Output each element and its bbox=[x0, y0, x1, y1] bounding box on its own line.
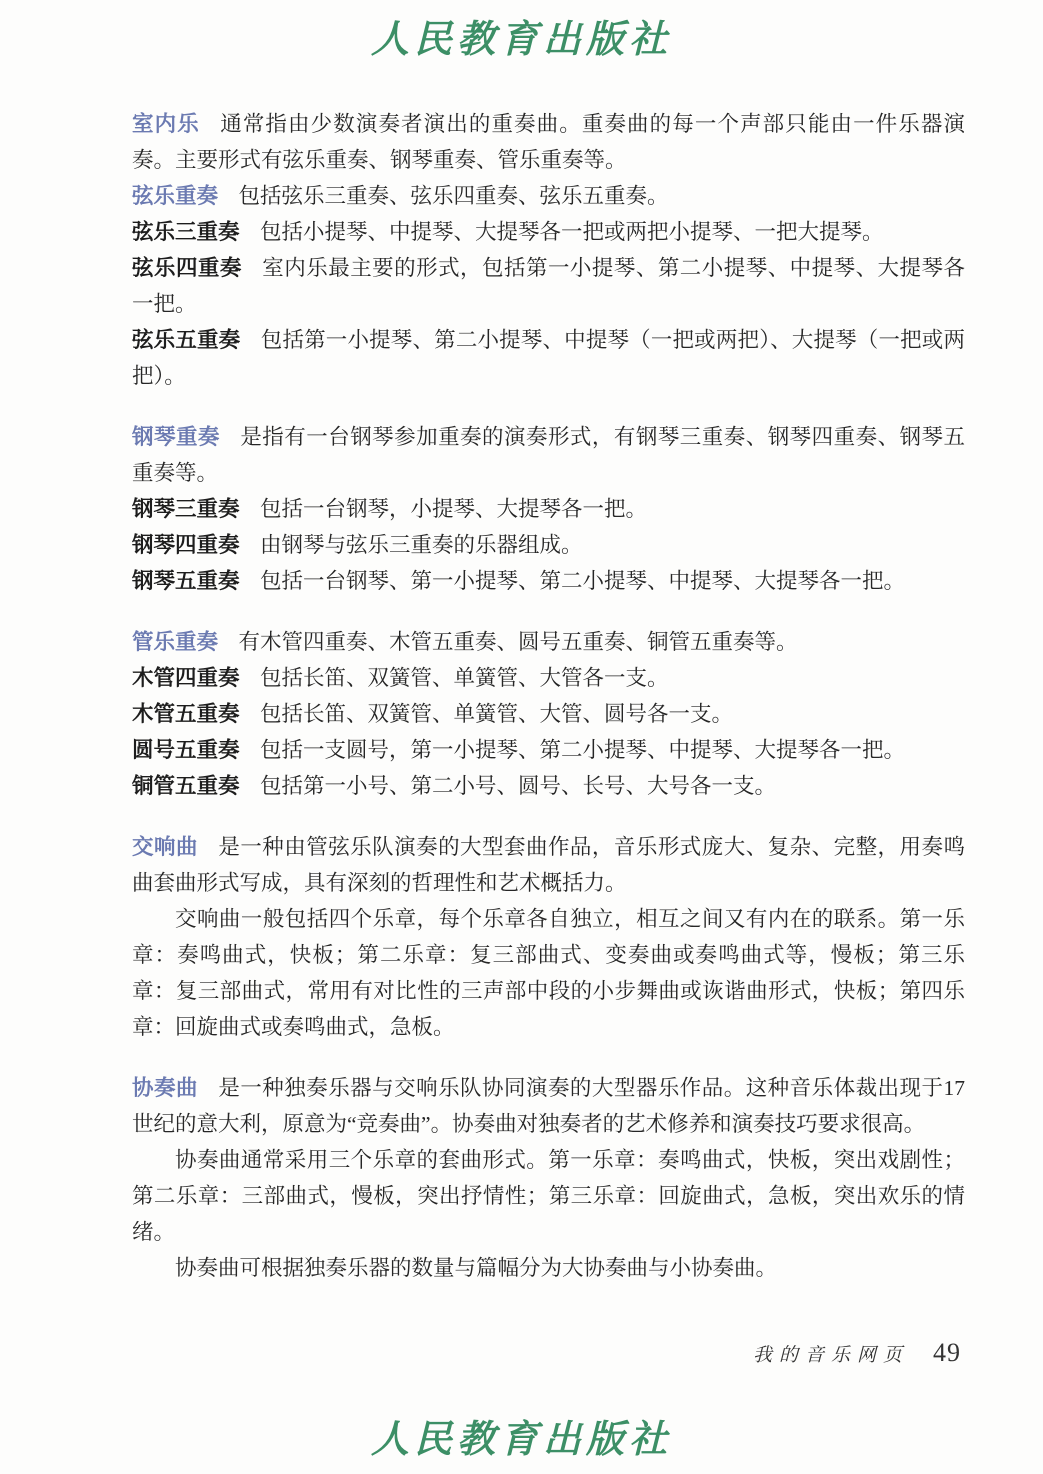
entry-paragraph: 室内乐通常指由少数演奏者演出的重奏曲。重奏曲的每一个声部只能由一件乐器演奏。主要… bbox=[132, 106, 965, 178]
term-label: 弦乐四重奏 bbox=[132, 256, 242, 280]
publisher-logo-bottom: 人民教育出版社 bbox=[0, 1408, 1043, 1463]
page-number: 49 bbox=[933, 1338, 961, 1368]
term-label: 协奏曲 bbox=[132, 1076, 198, 1100]
term-label: 室内乐 bbox=[132, 112, 200, 136]
entry-paragraph: 圆号五重奏包括一支圆号，第一小提琴、第二小提琴、中提琴、大提琴各一把。 bbox=[132, 732, 965, 768]
term-label: 铜管五重奏 bbox=[132, 774, 240, 798]
entry-paragraph: 铜管五重奏包括第一小号、第二小号、圆号、长号、大号各一支。 bbox=[132, 768, 965, 804]
publisher-logo-top: 人民教育出版社 bbox=[0, 8, 1043, 63]
entry-paragraph: 钢琴四重奏由钢琴与弦乐三重奏的乐器组成。 bbox=[132, 527, 965, 563]
chapter-title: 我的音乐网页 bbox=[753, 1340, 909, 1367]
term-label: 钢琴重奏 bbox=[132, 425, 220, 449]
term-label: 弦乐五重奏 bbox=[132, 328, 240, 352]
entry-paragraph: 管乐重奏有木管四重奏、木管五重奏、圆号五重奏、铜管五重奏等。 bbox=[132, 624, 965, 660]
entry-paragraph: 弦乐五重奏包括第一小提琴、第二小提琴、中提琴（一把或两把）、大提琴（一把或两把）… bbox=[132, 322, 965, 394]
term-label: 木管四重奏 bbox=[132, 666, 240, 690]
term-label: 钢琴三重奏 bbox=[132, 497, 240, 521]
term-group: 钢琴重奏是指有一台钢琴参加重奏的演奏形式，有钢琴三重奏、钢琴四重奏、钢琴五重奏等… bbox=[132, 419, 965, 599]
entry-paragraph: 协奏曲可根据独奏乐器的数量与篇幅分为大协奏曲与小协奏曲。 bbox=[132, 1250, 965, 1286]
term-label: 圆号五重奏 bbox=[132, 738, 240, 762]
term-group: 室内乐通常指由少数演奏者演出的重奏曲。重奏曲的每一个声部只能由一件乐器演奏。主要… bbox=[132, 106, 965, 394]
term-group: 协奏曲是一种独奏乐器与交响乐队协同演奏的大型器乐作品。这种音乐体裁出现于17世纪… bbox=[132, 1070, 965, 1286]
term-label: 钢琴四重奏 bbox=[132, 533, 240, 557]
entry-paragraph: 弦乐三重奏包括小提琴、中提琴、大提琴各一把或两把小提琴、一把大提琴。 bbox=[132, 214, 965, 250]
term-label: 弦乐重奏 bbox=[132, 184, 218, 208]
term-label: 弦乐三重奏 bbox=[132, 220, 240, 244]
page-footer: 我的音乐网页 49 bbox=[753, 1338, 961, 1368]
term-group: 交响曲是一种由管弦乐队演奏的大型套曲作品，音乐形式庞大、复杂、完整，用奏鸣曲套曲… bbox=[132, 829, 965, 1045]
entry-paragraph: 弦乐四重奏室内乐最主要的形式，包括第一小提琴、第二小提琴、中提琴、大提琴各一把。 bbox=[132, 250, 965, 322]
entry-paragraph: 木管四重奏包括长笛、双簧管、单簧管、大管各一支。 bbox=[132, 660, 965, 696]
term-label: 木管五重奏 bbox=[132, 702, 240, 726]
textbook-page: 人民教育出版社 室内乐通常指由少数演奏者演出的重奏曲。重奏曲的每一个声部只能由一… bbox=[0, 0, 1043, 1474]
term-label: 钢琴五重奏 bbox=[132, 569, 240, 593]
entry-paragraph: 协奏曲是一种独奏乐器与交响乐队协同演奏的大型器乐作品。这种音乐体裁出现于17世纪… bbox=[132, 1070, 965, 1142]
entry-paragraph: 交响曲一般包括四个乐章，每个乐章各自独立，相互之间又有内在的联系。第一乐章：奏鸣… bbox=[132, 901, 965, 1045]
term-label: 管乐重奏 bbox=[132, 630, 218, 654]
entry-paragraph: 弦乐重奏包括弦乐三重奏、弦乐四重奏、弦乐五重奏。 bbox=[132, 178, 965, 214]
entry-paragraph: 钢琴重奏是指有一台钢琴参加重奏的演奏形式，有钢琴三重奏、钢琴四重奏、钢琴五重奏等… bbox=[132, 419, 965, 491]
entry-paragraph: 木管五重奏包括长笛、双簧管、单簧管、大管、圆号各一支。 bbox=[132, 696, 965, 732]
term-label: 交响曲 bbox=[132, 835, 198, 859]
entry-paragraph: 钢琴三重奏包括一台钢琴，小提琴、大提琴各一把。 bbox=[132, 491, 965, 527]
entry-paragraph: 钢琴五重奏包括一台钢琴、第一小提琴、第二小提琴、中提琴、大提琴各一把。 bbox=[132, 563, 965, 599]
term-group: 管乐重奏有木管四重奏、木管五重奏、圆号五重奏、铜管五重奏等。木管四重奏包括长笛、… bbox=[132, 624, 965, 804]
entry-paragraph: 交响曲是一种由管弦乐队演奏的大型套曲作品，音乐形式庞大、复杂、完整，用奏鸣曲套曲… bbox=[132, 829, 965, 901]
definitions: 室内乐通常指由少数演奏者演出的重奏曲。重奏曲的每一个声部只能由一件乐器演奏。主要… bbox=[132, 106, 965, 1311]
entry-paragraph: 协奏曲通常采用三个乐章的套曲形式。第一乐章：奏鸣曲式，快板，突出戏剧性；第二乐章… bbox=[132, 1142, 965, 1250]
